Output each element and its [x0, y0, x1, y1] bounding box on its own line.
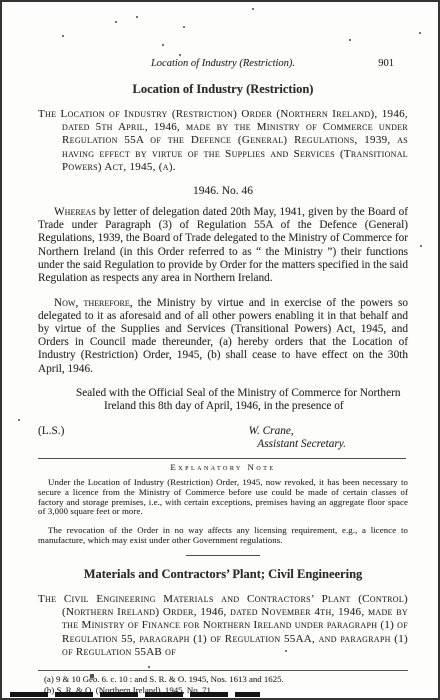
noise-speck: [90, 674, 94, 678]
footnote-rule: [38, 670, 408, 671]
whereas-lead: Whereas: [54, 206, 96, 218]
signature-row: (L.S.) W. Crane,: [38, 425, 408, 437]
explanatory-paragraph-2: The revocation of the Order in no way af…: [38, 526, 408, 546]
sealed-clause: Sealed with the Official Seal of the Min…: [104, 387, 402, 413]
signature-title: Assistant Secretary.: [38, 438, 346, 450]
noise-speck: [148, 666, 150, 668]
running-header-title: Location of Industry (Restriction).: [151, 58, 295, 69]
noise-speck: [419, 32, 421, 34]
noise-speck: [162, 44, 164, 46]
page-content: Location of Industry (Restriction). 901 …: [2, 2, 438, 695]
running-header: Location of Industry (Restriction). 901: [38, 58, 408, 69]
noise-speck: [18, 419, 20, 421]
page-number: 901: [378, 58, 394, 69]
explanatory-note-heading: Explanatory Note: [38, 462, 408, 472]
noise-speck: [179, 54, 181, 56]
explanatory-paragraph-1: Under the Location of Industry (Restrict…: [38, 478, 408, 518]
order1-number: 1946. No. 46: [38, 185, 408, 197]
order2-heading: Materials and Contractors’ Plant; Civil …: [38, 567, 408, 582]
seal-mark: (L.S.): [38, 425, 64, 437]
noise-speck: [62, 35, 64, 37]
now-therefore-lead: Now, therefore,: [54, 297, 133, 309]
scan-artifact-bar: [10, 692, 260, 697]
noise-speck: [136, 16, 138, 18]
noise-speck: [252, 8, 254, 10]
noise-speck: [183, 26, 185, 28]
noise-speck: [115, 21, 117, 23]
paragraph-now-therefore: Now, therefore, the Ministry by virtue a…: [38, 297, 408, 376]
noise-speck: [420, 245, 422, 247]
short-divider-rule: [186, 555, 260, 556]
noise-speck: [349, 39, 351, 41]
paragraph-whereas: Whereas by letter of delegation dated 20…: [38, 206, 408, 285]
order2-title: The Civil Engineering Materials and Cont…: [38, 593, 408, 659]
noise-speck: [285, 650, 287, 652]
order1-heading: Location of Industry (Restriction): [38, 82, 408, 97]
signature-name: W. Crane,: [64, 425, 408, 437]
order1-title: The Location of Industry (Restriction) O…: [38, 108, 408, 174]
scanned-document-page: Location of Industry (Restriction). 901 …: [0, 0, 440, 700]
divider-rule: [38, 458, 406, 459]
